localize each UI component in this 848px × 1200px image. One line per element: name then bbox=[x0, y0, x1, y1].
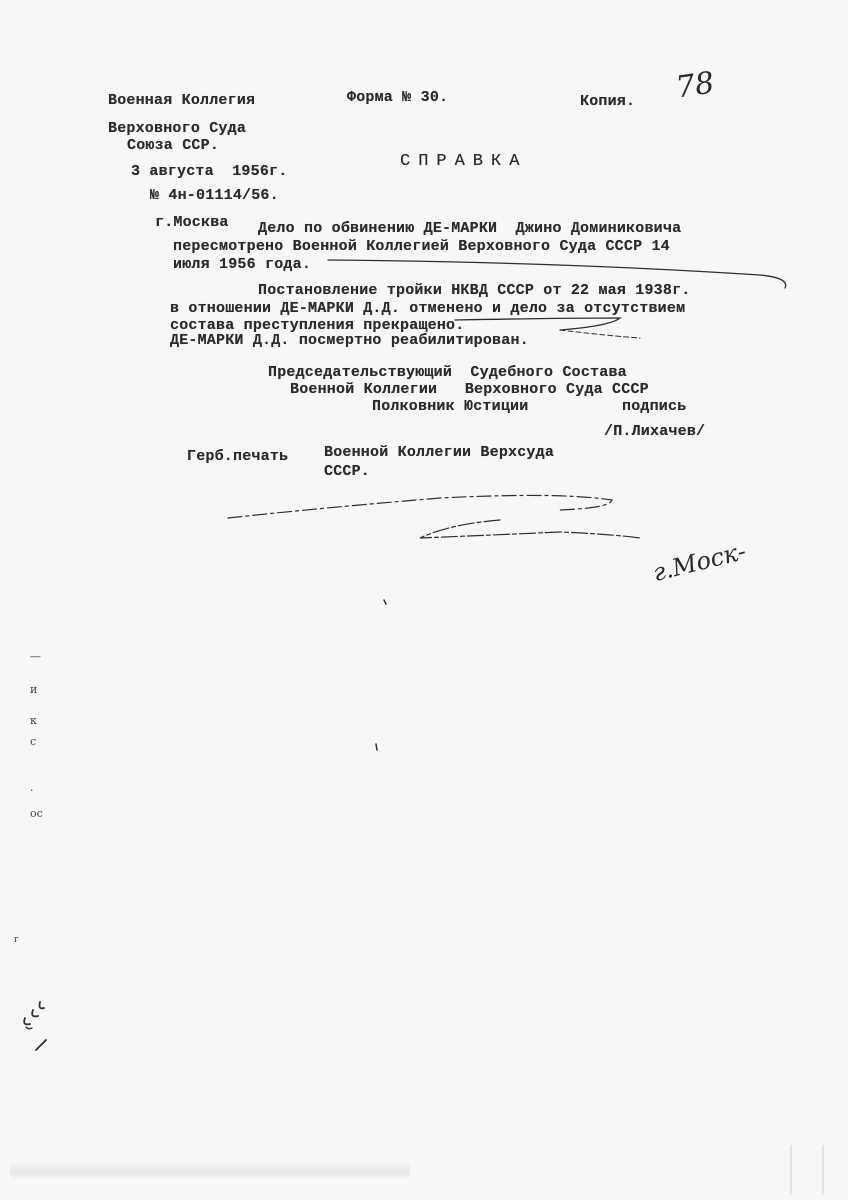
margin-mark: с bbox=[30, 735, 36, 748]
org-line-1: Военная Коллегия bbox=[108, 92, 255, 109]
margin-mark: — bbox=[30, 650, 41, 663]
document-title: СПРАВКА bbox=[400, 153, 527, 170]
city: г.Москва bbox=[155, 214, 229, 231]
signature-rank: Полковник Юстиции bbox=[372, 398, 528, 415]
handwritten-page-number: 78 bbox=[674, 66, 717, 106]
body-para1-line3: июля 1956 года. bbox=[173, 256, 311, 273]
margin-mark: ос bbox=[30, 807, 43, 820]
margin-mark: г bbox=[14, 935, 19, 945]
copy-label: Копия. bbox=[580, 93, 635, 110]
reference-number: № 4н-01114/56. bbox=[150, 187, 279, 204]
margin-mark: · bbox=[30, 784, 34, 797]
signature-label: подпись bbox=[622, 398, 686, 415]
seal-label: Герб.печать bbox=[187, 448, 288, 465]
body-para2-line2: в отношении ДЕ-МАРКИ Д.Д. отменено и дел… bbox=[170, 300, 685, 317]
signature-title-line2: Военной Коллегии Верховного Суда СССР bbox=[290, 381, 649, 398]
seal-text-line2: СССР. bbox=[324, 463, 370, 480]
seal-text-line1: Военной Коллегии Верхсуда bbox=[324, 444, 554, 461]
scan-artifact bbox=[10, 1160, 410, 1180]
handwritten-note: г.Моск- bbox=[650, 537, 749, 587]
body-para1-line2: пересмотрено Военной Коллегией Верховног… bbox=[173, 238, 670, 255]
body-para2-line1: Постановление тройки НКВД СССР от 22 мая… bbox=[258, 282, 690, 299]
org-line-3: Союза ССР. bbox=[127, 137, 219, 154]
pen-strokes bbox=[0, 0, 848, 1200]
scan-artifact-corner bbox=[790, 1145, 824, 1195]
document-page: Военная Коллегия Верховного Суда Союза С… bbox=[0, 0, 848, 1200]
signer-name: /П.Лихачев/ bbox=[604, 423, 705, 440]
body-para2-line4: ДЕ-МАРКИ Д.Д. посмертно реабилитирован. bbox=[170, 332, 529, 349]
margin-mark: и bbox=[30, 683, 37, 696]
org-line-2: Верховного Суда bbox=[108, 120, 246, 137]
signature-title-line1: Председательствующий Судебного Состава bbox=[268, 364, 627, 381]
body-para1-line1: Дело по обвинению ДЕ-МАРКИ Джино Доминик… bbox=[258, 220, 681, 237]
margin-mark: к bbox=[30, 714, 37, 727]
document-date: 3 августа 1956г. bbox=[131, 163, 287, 180]
form-number: Форма № 30. bbox=[347, 89, 448, 106]
